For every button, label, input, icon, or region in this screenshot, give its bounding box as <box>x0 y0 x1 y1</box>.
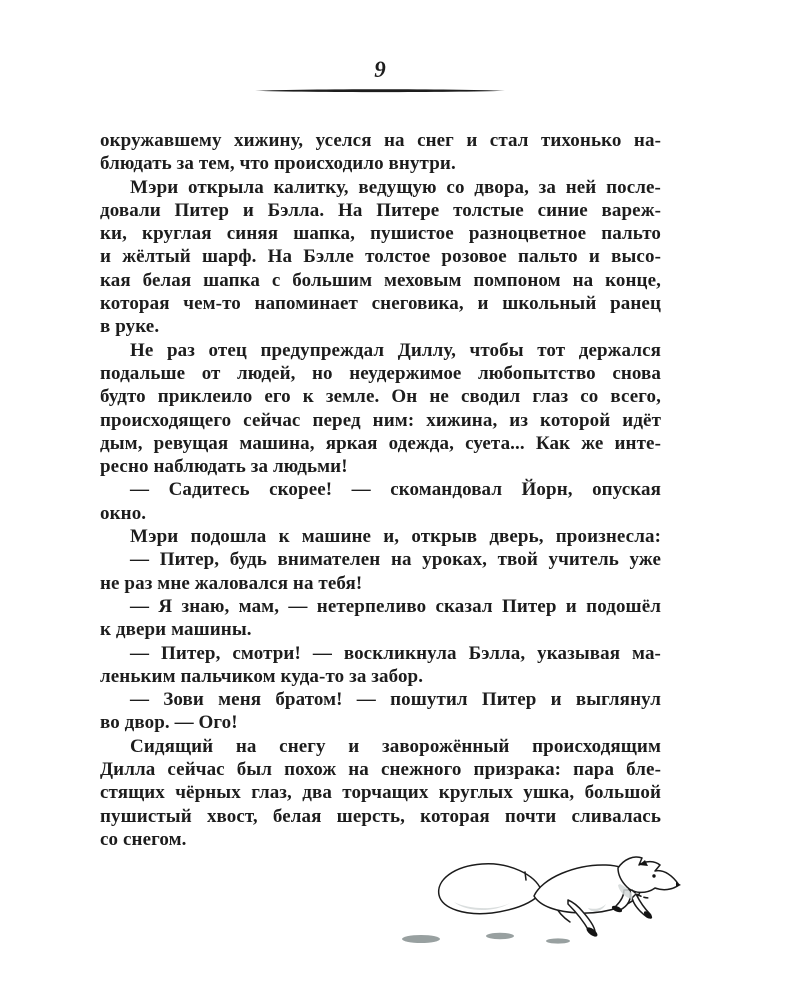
text-line: — Питер, смотри! — воскликнула Бэлла, ук… <box>100 642 661 665</box>
running-fox-illustration <box>392 852 692 957</box>
header-rule <box>255 88 505 94</box>
text-line: со снегом. <box>100 828 661 851</box>
text-line: и жёлтый шарф. На Бэлле толстое розовое … <box>100 245 661 268</box>
text-line: Дилла сейчас был похож на снежного призр… <box>100 758 661 781</box>
fox-tail <box>439 864 542 914</box>
text-line: стящих чёрных глаз, два торчащих круглых… <box>100 781 661 804</box>
text-line: пушистый хвост, белая шерсть, которая по… <box>100 805 661 828</box>
text-line: окружавшему хижину, уселся на снег и ста… <box>100 129 661 152</box>
text-line: — Питер, будь внимателен на уроках, твой… <box>100 548 661 571</box>
text-line: подальше от людей, но неудержимое любопы… <box>100 362 661 385</box>
text-line: Мэри подошла к машине и, открыв дверь, п… <box>100 525 661 548</box>
text-line: — Я знаю, мам, — нетерпеливо сказал Пите… <box>100 595 661 618</box>
text-line: Мэри открыла калитку, ведущую со двора, … <box>100 176 661 199</box>
text-line: не раз мне жаловался на тебя! <box>100 572 661 595</box>
text-line: Не раз отец предупреждал Диллу, чтобы то… <box>100 339 661 362</box>
body-text: окружавшему хижину, уселся на снег и ста… <box>100 129 661 851</box>
text-line: ки, круглая синяя шапка, пушистое разноц… <box>100 222 661 245</box>
fox-eye <box>652 874 655 877</box>
ground-shadow-ellipses <box>402 933 570 944</box>
text-line: ресно наблюдать за людьми! <box>100 455 661 478</box>
text-line: довали Питер и Бэлла. На Питере толстые … <box>100 199 661 222</box>
text-line: дым, ревущая машина, яркая одежда, суета… <box>100 432 661 455</box>
text-line: кая белая шапка с большим меховым помпон… <box>100 269 661 292</box>
text-line: во двор. — Ого! <box>100 711 661 734</box>
text-line: будто приклеило его к земле. Он не своди… <box>100 385 661 408</box>
page-number: 9 <box>255 57 505 83</box>
text-line: — Садитесь скорее! — скомандовал Йорн, о… <box>100 478 661 501</box>
text-line: в руке. <box>100 315 661 338</box>
text-line: к двери машины. <box>100 618 661 641</box>
fox-head <box>618 857 679 892</box>
text-line: окно. <box>100 502 661 525</box>
text-line: леньким пальчиком куда-то за забор. <box>100 665 661 688</box>
text-line: которая чем-то напоминает снеговика, и ш… <box>100 292 661 315</box>
text-line: — Зови меня братом! — пошутил Питер и вы… <box>100 688 661 711</box>
text-line: Сидящий на снегу и заворожённый происход… <box>100 735 661 758</box>
text-line: блюдать за тем, что происходило внутри. <box>100 152 661 175</box>
text-line: происходящего сейчас перед ним: хижина, … <box>100 409 661 432</box>
